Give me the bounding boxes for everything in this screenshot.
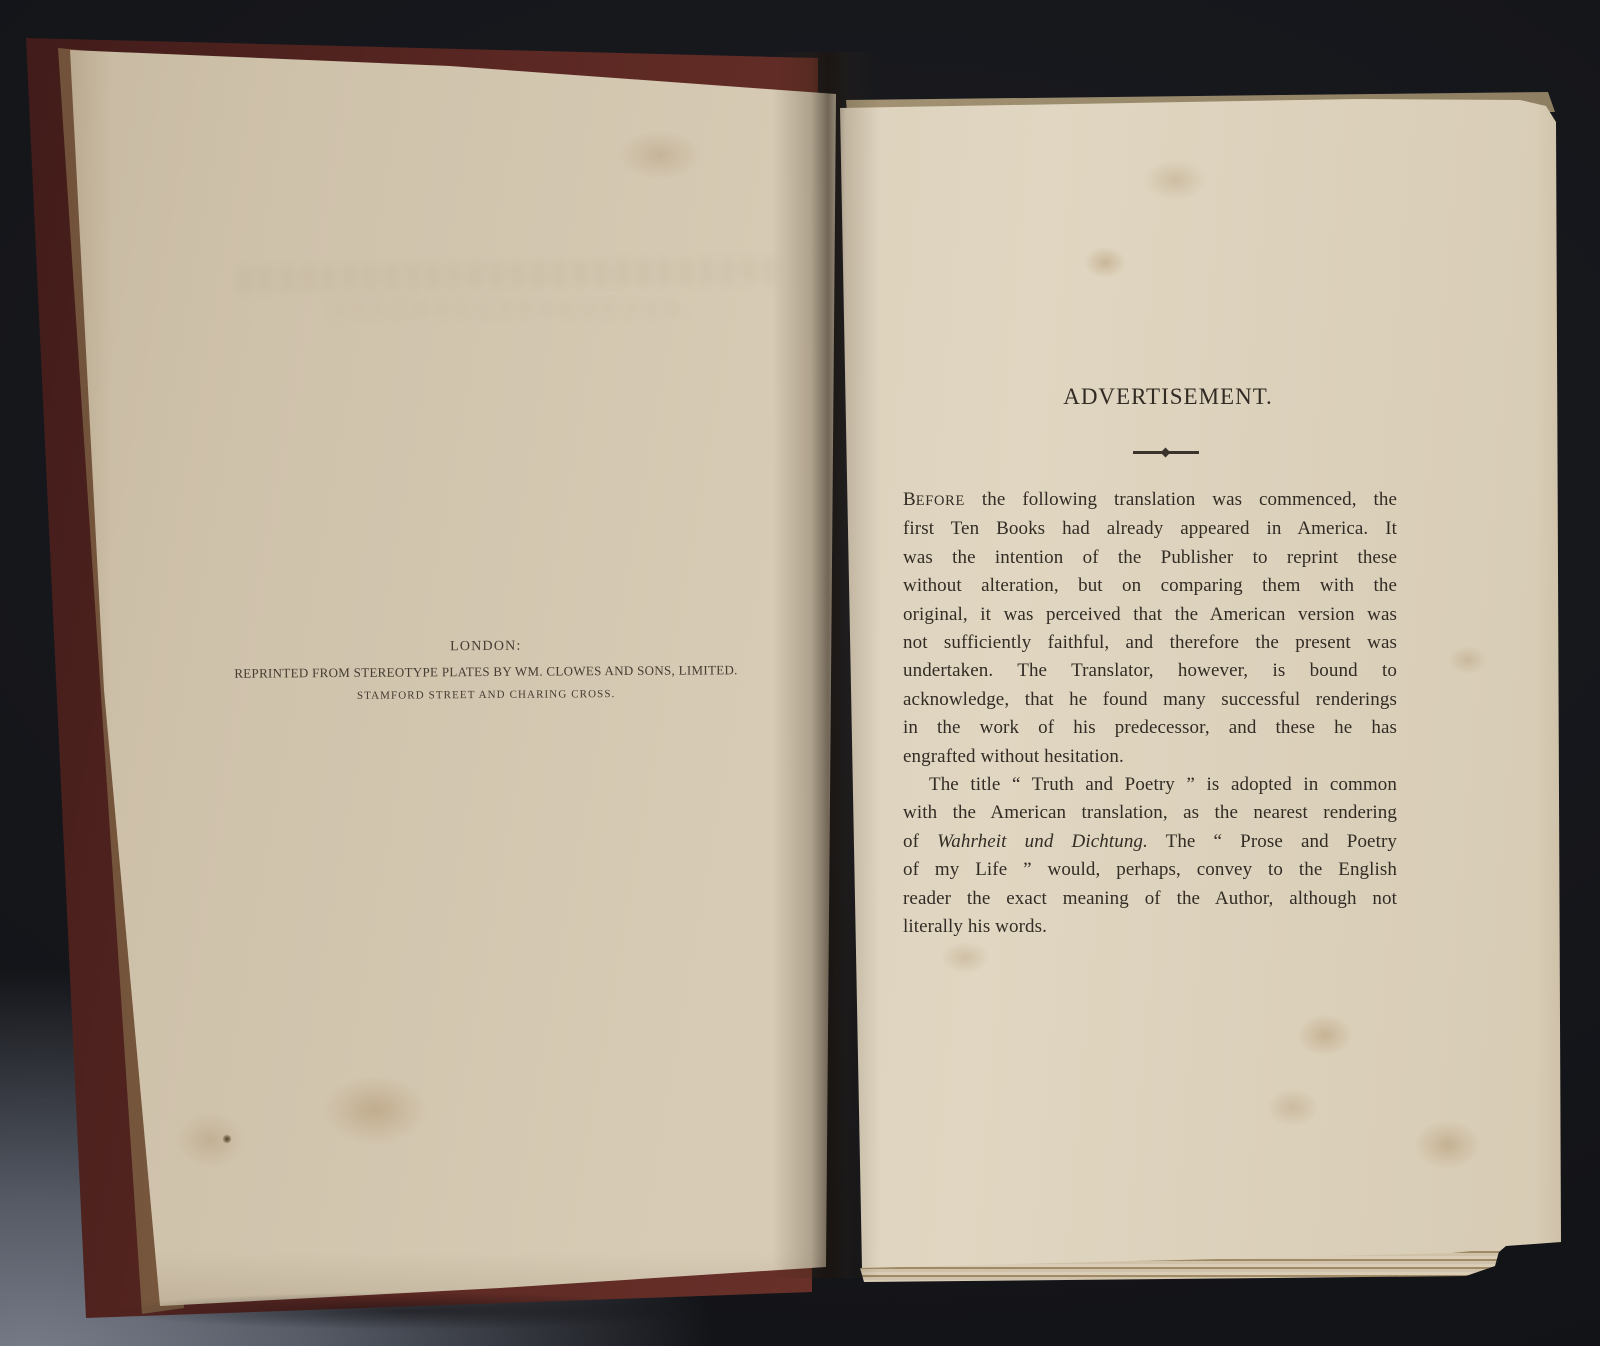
text-line: was the intention of the Publisher to re… <box>903 544 1397 572</box>
text-segment: The title “ Truth and Poetry ” is adopte… <box>929 774 1397 795</box>
foxing-spot <box>1440 640 1495 680</box>
text-line: without alteration, but on comparing the… <box>903 572 1397 600</box>
imprint-printer: REPRINTED FROM STEREOTYPE PLATES BY WM. … <box>196 658 776 686</box>
foxing-spot <box>1075 240 1135 285</box>
text-segment: the following translation was commenced,… <box>965 489 1397 510</box>
text-line: reader the exact meaning of the Author, … <box>903 885 1397 913</box>
text-segment: engrafted without hesitation. <box>903 746 1124 767</box>
printer-imprint: LONDON: REPRINTED FROM STEREOTYPE PLATES… <box>196 632 776 709</box>
text-segment: without alteration, but on comparing the… <box>903 575 1397 596</box>
text-line: with the American translation, as the ne… <box>903 799 1397 827</box>
text-segment: original, it was perceived that the Amer… <box>903 604 1397 625</box>
book-photograph: LONDON: REPRINTED FROM STEREOTYPE PLATES… <box>0 0 1600 1346</box>
text-segment: The “ Prose and Poetry <box>1148 831 1397 852</box>
text-segment: not sufficiently faithful, and therefore… <box>903 632 1397 653</box>
text-segment: with the American translation, as the ne… <box>903 802 1397 823</box>
text-segment: of my Life ” would, perhaps, convey to t… <box>903 859 1397 880</box>
text-line: first Ten Books had already appeared in … <box>903 515 1397 543</box>
text-line: of my Life ” would, perhaps, convey to t… <box>903 856 1397 884</box>
text-line: not sufficiently faithful, and therefore… <box>903 629 1397 657</box>
foxing-spot <box>160 1100 260 1180</box>
text-segment: acknowledge, that he found many successf… <box>903 689 1397 710</box>
text-line: in the work of his predecessor, and thes… <box>903 714 1397 742</box>
text-segment: literally his words. <box>903 916 1047 937</box>
text-line: of Wahrheit und Dichtung. The “ Prose an… <box>903 828 1397 856</box>
foxing-spot <box>930 935 1000 980</box>
advertisement-body: BEFORE the following translation was com… <box>903 486 1397 942</box>
text-segment: was the intention of the Publisher to re… <box>903 547 1397 568</box>
imprint-address: STAMFORD STREET AND CHARING CROSS. <box>196 682 776 709</box>
foxing-spot <box>1285 1005 1365 1065</box>
text-segment: EFORE <box>916 493 965 509</box>
foxing-spot <box>600 120 720 190</box>
text-line: The title “ Truth and Poetry ” is adopte… <box>903 771 1397 799</box>
text-line: acknowledge, that he found many successf… <box>903 686 1397 714</box>
text-line: undertaken. The Translator, however, is … <box>903 657 1397 685</box>
page-title: ADVERTISEMENT. <box>903 384 1433 410</box>
cast-shadow <box>40 1290 860 1342</box>
text-segment: B <box>903 489 916 510</box>
foxing-spot <box>1130 150 1220 210</box>
divider-ornament <box>1133 448 1199 456</box>
foxing-spot <box>300 1060 450 1160</box>
divider-diamond <box>1161 447 1171 457</box>
wormhole-speck <box>221 1133 233 1145</box>
text-line: BEFORE the following translation was com… <box>903 486 1397 515</box>
foxing-spot <box>1255 1080 1330 1135</box>
show-through-ghost-text <box>330 300 690 318</box>
imprint-city: LONDON: <box>196 632 776 662</box>
text-segment: in the work of his predecessor, and thes… <box>903 717 1397 738</box>
text-line: engrafted without hesitation. <box>903 743 1397 771</box>
text-segment: of <box>903 831 937 852</box>
text-line: original, it was perceived that the Amer… <box>903 601 1397 629</box>
text-segment: undertaken. The Translator, however, is … <box>903 660 1397 681</box>
text-segment: reader the exact meaning of the Author, … <box>903 888 1397 909</box>
gutter-shadow <box>772 52 880 1278</box>
text-line: literally his words. <box>903 913 1397 941</box>
foxing-spot <box>1400 1110 1495 1180</box>
italic-text: Wahrheit und Dichtung. <box>937 831 1148 852</box>
text-segment: first Ten Books had already appeared in … <box>903 518 1397 539</box>
